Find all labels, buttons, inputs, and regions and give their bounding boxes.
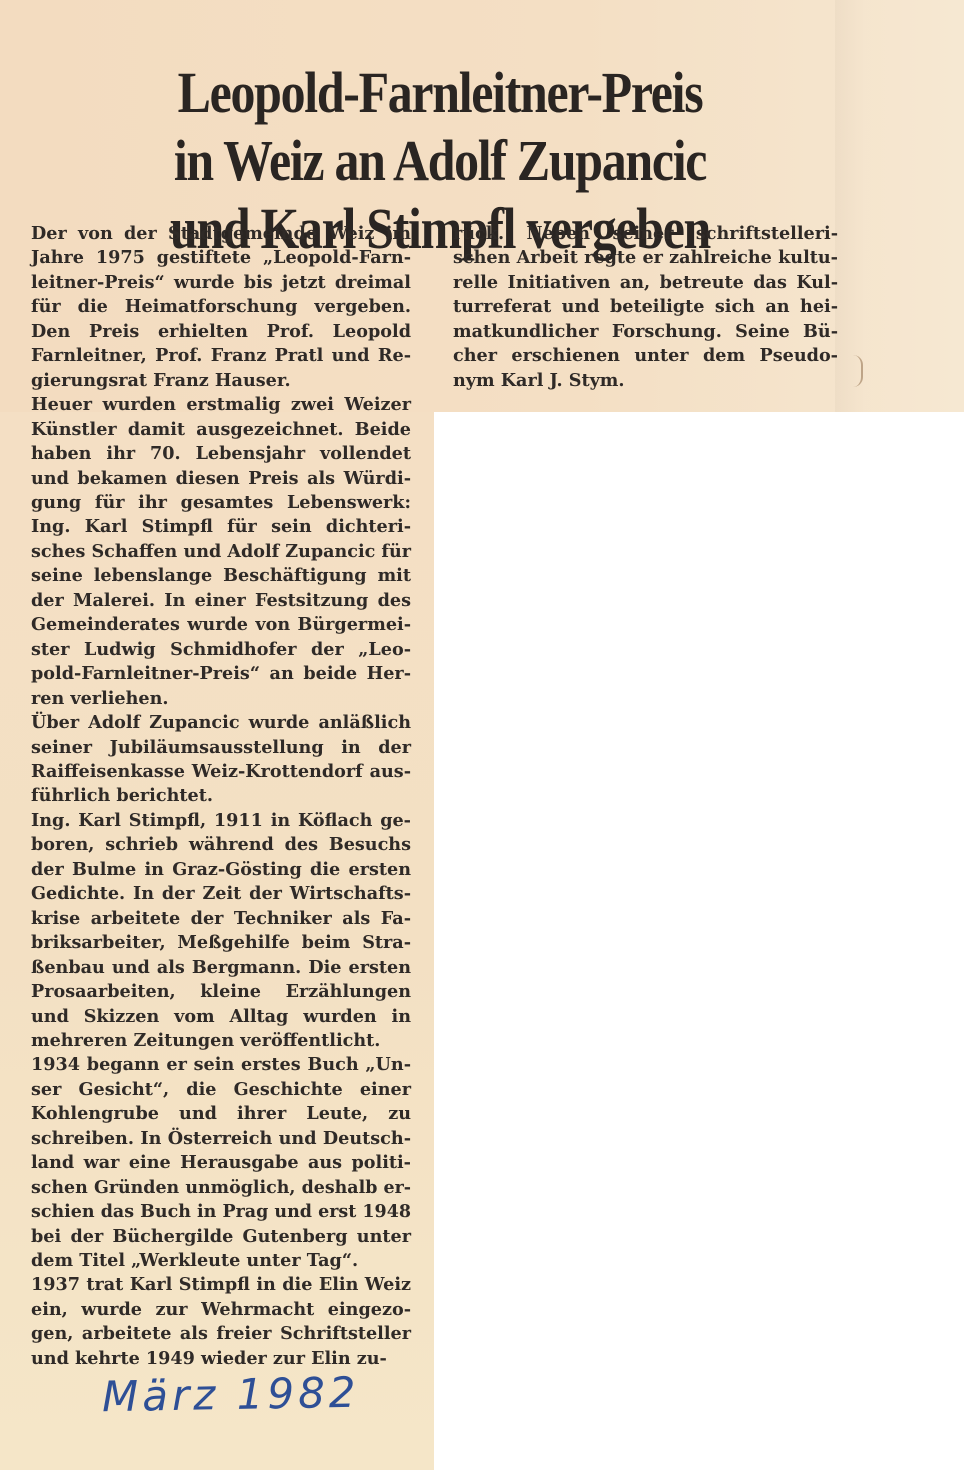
text-line: 1934 begann er sein erstes Buch „Un- xyxy=(31,1053,411,1077)
text-line: Ing. Karl Stimpfl, 1911 in Köflach ge- xyxy=(31,809,411,833)
text-line: boren, schrieb während des Besuchs xyxy=(31,833,411,857)
text-line: Heuer wurden erstmalig zwei Weizer xyxy=(31,393,411,417)
text-line: Gemeinderates wurde von Bürgermei- xyxy=(31,613,411,637)
text-line: krise arbeitete der Techniker als Fa- xyxy=(31,907,411,931)
text-line: führlich berichtet. xyxy=(31,784,411,808)
text-line: Prosaarbeiten, kleine Erzählungen xyxy=(31,980,411,1004)
text-line: matkundlicher Forschung. Seine Bü- xyxy=(453,320,838,344)
text-line: Über Adolf Zupancic wurde anläßlich xyxy=(31,711,411,735)
margin-mark xyxy=(853,355,863,387)
text-line: schreiben. In Österreich und Deutsch- xyxy=(31,1127,411,1151)
text-line: gung für ihr gesamtes Lebenswerk: xyxy=(31,491,411,515)
text-line: pold-Farnleitner-Preis“ an beide Her- xyxy=(31,662,411,686)
text-line: der Bulme in Graz-Gösting die ersten xyxy=(31,858,411,882)
text-line: schen Arbeit regte er zahlreiche kultu- xyxy=(453,246,838,270)
text-line: ein, wurde zur Wehrmacht eingezo- xyxy=(31,1298,411,1322)
headline-line: Leopold-Farnleitner-Preis xyxy=(113,59,767,127)
text-line: land war eine Herausgabe aus politi- xyxy=(31,1151,411,1175)
text-line: dem Titel „Werkleute unter Tag“. xyxy=(31,1249,411,1273)
text-line: briksarbeiter, Meßgehilfe beim Stra- xyxy=(31,931,411,955)
text-line: ren verliehen. xyxy=(31,687,411,711)
text-line: und bekamen diesen Preis als Würdi- xyxy=(31,467,411,491)
text-line: bei der Büchergilde Gutenberg unter xyxy=(31,1225,411,1249)
text-line: ßenbau und als Bergmann. Die ersten xyxy=(31,956,411,980)
text-line: cher erschienen unter dem Pseudo- xyxy=(453,344,838,368)
text-line: Künstler damit ausgezeichnet. Beide xyxy=(31,418,411,442)
text-line: Farnleitner, Prof. Franz Pratl und Re- xyxy=(31,344,411,368)
text-line: relle Initiativen an, betreute das Kul- xyxy=(453,271,838,295)
paper-fold-mark xyxy=(835,0,865,412)
article-column-right: rück. Neben seiner schriftstelleri-schen… xyxy=(453,222,838,393)
text-line: Jahre 1975 gestiftete „Leopold-Farn- xyxy=(31,246,411,270)
text-line: seiner Jubiläumsausstellung in der xyxy=(31,736,411,760)
text-line: nym Karl J. Stym. xyxy=(453,369,838,393)
text-line: Ing. Karl Stimpfl für sein dichteri- xyxy=(31,515,411,539)
text-line: schen Gründen unmöglich, deshalb er- xyxy=(31,1176,411,1200)
text-line: Kohlengrube und ihrer Leute, zu xyxy=(31,1102,411,1126)
article-column-left: Der von der Stadtgemeinde Weiz imJahre 1… xyxy=(31,222,411,1371)
text-line: leitner-Preis“ wurde bis jetzt dreimal xyxy=(31,271,411,295)
text-line: gen, arbeitete als freier Schriftsteller xyxy=(31,1322,411,1346)
text-line: sches Schaffen und Adolf Zupancic für xyxy=(31,540,411,564)
text-line: Gedichte. In der Zeit der Wirtschafts- xyxy=(31,882,411,906)
text-line: Raiffeisenkasse Weiz-Krottendorf aus- xyxy=(31,760,411,784)
text-line: der Malerei. In einer Festsitzung des xyxy=(31,589,411,613)
text-line: ster Ludwig Schmidhofer der „Leo- xyxy=(31,638,411,662)
text-line: Den Preis erhielten Prof. Leopold xyxy=(31,320,411,344)
text-line: Der von der Stadtgemeinde Weiz im xyxy=(31,222,411,246)
text-line: und Skizzen vom Alltag wurden in xyxy=(31,1005,411,1029)
text-line: ser Gesicht“, die Geschichte einer xyxy=(31,1078,411,1102)
text-line: schien das Buch in Prag und erst 1948 xyxy=(31,1200,411,1224)
text-line: seine lebenslange Beschäftigung mit xyxy=(31,564,411,588)
text-line: mehreren Zeitungen veröffentlicht. xyxy=(31,1029,411,1053)
text-line: rück. Neben seiner schriftstelleri- xyxy=(453,222,838,246)
text-line: für die Heimatforschung vergeben. xyxy=(31,295,411,319)
text-line: gierungsrat Franz Hauser. xyxy=(31,369,411,393)
headline-line: in Weiz an Adolf Zupancic xyxy=(113,127,767,195)
handwritten-date-note: März 1982 xyxy=(102,1368,360,1421)
text-line: haben ihr 70. Lebensjahr vollendet xyxy=(31,442,411,466)
text-line: turreferat und beteiligte sich an hei- xyxy=(453,295,838,319)
text-line: 1937 trat Karl Stimpfl in die Elin Weiz xyxy=(31,1273,411,1297)
